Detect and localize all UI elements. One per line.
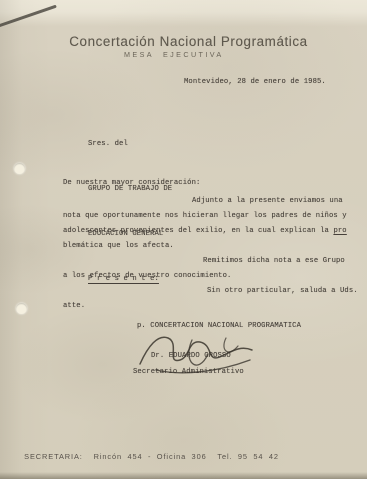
handwritten-signature: [134, 328, 262, 378]
salutation: De nuestra mayor consideración:: [63, 176, 349, 191]
scan-edge-artifact: [0, 5, 57, 28]
footer-address: SECRETARIA: Rincón 454 - Oficina 306 Tel…: [0, 452, 367, 461]
body-line: Adjunto a la presente enviamos una: [63, 194, 349, 209]
body-line: adolescentes provenientes del exilio, en…: [63, 224, 349, 239]
letterhead-title: Concertación Nacional Programática: [0, 34, 367, 49]
body-line: nota que oportunamente nos hicieran lleg…: [63, 209, 349, 224]
body-line: Remitimos dicha nota a ese Grupo: [63, 254, 349, 269]
scan-bottom-shadow: [0, 472, 367, 479]
body-line: atte.: [63, 299, 349, 314]
body-line-text: adolescentes provenientes del exilio, en…: [63, 227, 333, 235]
letterhead-subtitle: MESA EJECUTIVA: [124, 50, 224, 59]
hyphenated-syllable: pro: [333, 227, 346, 235]
punch-hole: [14, 163, 25, 174]
addressee-line: Sres. del: [88, 137, 172, 152]
punch-hole: [16, 303, 27, 314]
body-line: a los efectos de vuestro conocimiento.: [63, 269, 349, 284]
body-line: blemática que los afecta.: [63, 239, 349, 254]
letter-body: De nuestra mayor consideración: Adjunto …: [63, 176, 349, 314]
dateline: Montevideo, 28 de enero de 1985.: [184, 78, 326, 86]
scanned-letter-page: Concertación Nacional Programática MESA …: [0, 0, 367, 479]
body-line: Sin otro particular, saluda a Uds.: [63, 284, 349, 299]
